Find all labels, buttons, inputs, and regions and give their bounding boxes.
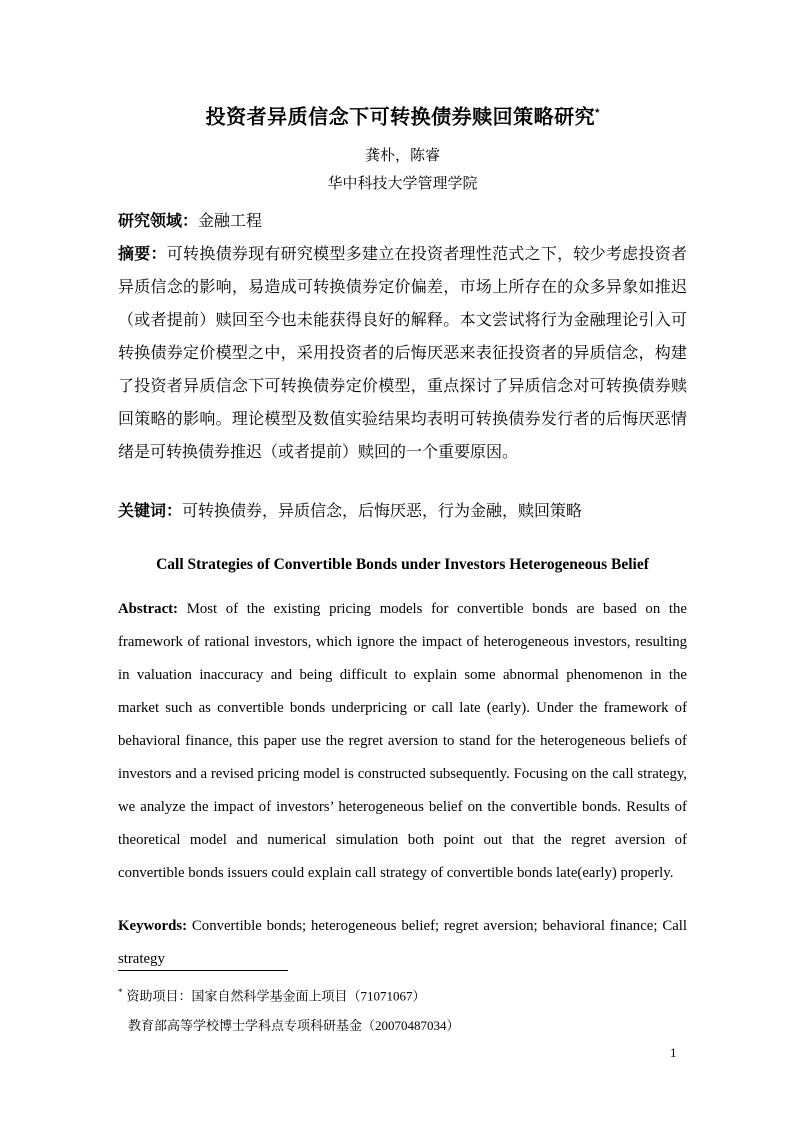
abstract-zh-text: 可转换债券现有研究模型多建立在投资者理性范式之下，较少考虑投资者异质信念的影响，… [118, 246, 687, 461]
footnote-marker: * [118, 987, 123, 997]
abstract-zh-label: 摘要： [118, 246, 167, 263]
page-number: 1 [670, 1045, 677, 1061]
authors: 龚朴，陈睿 [118, 144, 687, 168]
paper-page: 投资者异质信念下可转换债券赎回策略研究* 龚朴，陈睿 华中科技大学管理学院 研究… [0, 0, 800, 1131]
paper-title-text: 投资者异质信念下可转换债券赎回策略研究 [206, 107, 596, 129]
abstract-en: Abstract: Most of the existing pricing m… [118, 593, 687, 890]
research-field-value: 金融工程 [198, 213, 262, 230]
footnote-area: *资助项目：国家自然科学基金面上项目（71071067） 教育部高等学校博士学科… [118, 970, 687, 1041]
footnote-divider [118, 970, 288, 971]
abstract-zh: 摘要：可转换债券现有研究模型多建立在投资者理性范式之下，较少考虑投资者异质信念的… [118, 238, 687, 469]
keywords-en-text: Convertible bonds; heterogeneous belief;… [118, 918, 687, 967]
abstract-en-text: Most of the existing pricing models for … [118, 601, 687, 881]
keywords-en: Keywords: Convertible bonds; heterogeneo… [118, 910, 687, 976]
paper-title: 投资者异质信念下可转换债券赎回策略研究* [118, 0, 687, 134]
keywords-zh-label: 关键词： [118, 503, 182, 520]
keywords-en-label: Keywords: [118, 918, 187, 934]
footnote-line-2: 教育部高等学校博士学科点专项科研基金（20070487034） [118, 1011, 687, 1041]
keywords-zh: 关键词：可转换债券，异质信念，后悔厌恶，行为金融，赎回策略 [118, 495, 687, 528]
footnote-line-1: *资助项目：国家自然科学基金面上项目（71071067） [118, 977, 687, 1011]
paper-content: 投资者异质信念下可转换债券赎回策略研究* 龚朴，陈睿 华中科技大学管理学院 研究… [118, 0, 687, 976]
keywords-zh-text: 可转换债券，异质信念，后悔厌恶，行为金融，赎回策略 [182, 503, 582, 520]
title-footnote-marker: * [595, 107, 599, 119]
research-field-label: 研究领域： [118, 213, 198, 230]
abstract-en-spacer [178, 601, 187, 617]
research-field-line: 研究领域：金融工程 [118, 210, 687, 234]
english-title: Call Strategies of Convertible Bonds und… [118, 548, 687, 581]
affiliation: 华中科技大学管理学院 [118, 172, 687, 196]
footnote-line-1-text: 资助项目：国家自然科学基金面上项目（71071067） [127, 988, 426, 1003]
abstract-en-label: Abstract: [118, 601, 178, 617]
